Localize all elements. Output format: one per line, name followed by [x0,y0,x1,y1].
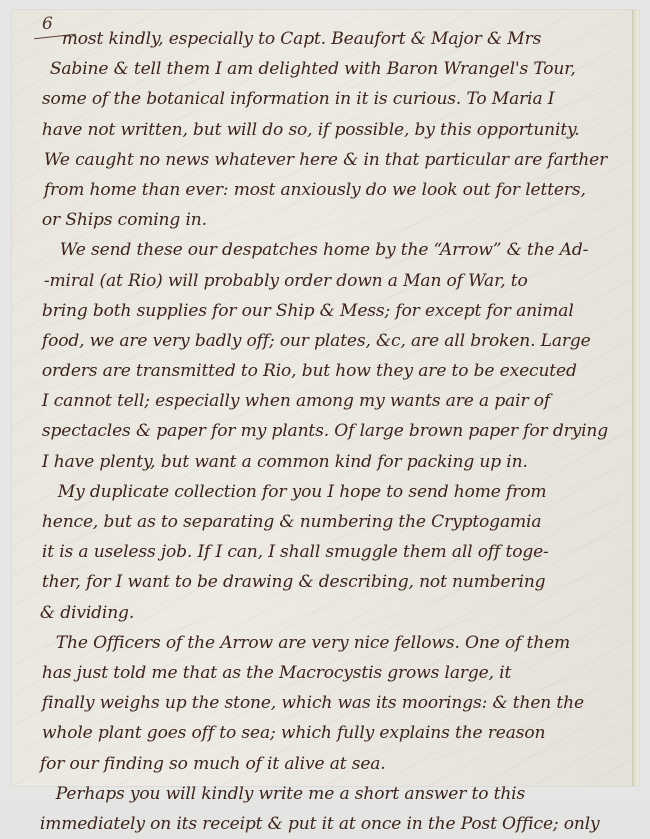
text-line: food, we are very badly off; our plates,… [28,326,628,356]
text-line: The Officers of the Arrow are very nice … [28,628,628,658]
text-line: it is a useless job. If I can, I shall s… [28,537,628,567]
text-line: We caught no news whatever here & in tha… [28,145,628,175]
text-line: for our finding so much of it alive at s… [28,749,628,779]
text-line: finally weighs up the stone, which was i… [28,688,628,718]
text-line: & dividing. [28,598,628,628]
scan-background: 6 most kindly, especially to Capt. Beauf… [0,0,650,800]
text-line: -miral (at Rio) will probably order down… [28,266,628,296]
page-edge [632,10,639,786]
text-line: We send these our despatches home by the… [28,235,628,265]
text-line: orders are transmitted to Rio, but how t… [28,356,628,386]
text-line: I cannot tell; especially when among my … [28,386,628,416]
letter-body: most kindly, especially to Capt. Beaufor… [28,24,632,800]
text-line: whole plant goes off to sea; which fully… [28,718,628,748]
text-line: spectacles & paper for my plants. Of lar… [28,416,628,446]
text-line: ther, for I want to be drawing & describ… [28,567,628,597]
manuscript-page: 6 most kindly, especially to Capt. Beauf… [12,10,639,786]
text-line: has just told me that as the Macrocystis… [28,658,628,688]
text-line: I have plenty, but want a common kind fo… [28,447,628,477]
text-line: most kindly, especially to Capt. Beaufor… [28,24,628,54]
text-line: My duplicate collection for you I hope t… [28,477,628,507]
text-line: or Ships coming in. [28,205,628,235]
text-line: bring both supplies for our Ship & Mess;… [28,296,628,326]
text-line: hence, but as to separating & numbering … [28,507,628,537]
text-line: Sabine & tell them I am delighted with B… [28,54,628,84]
text-line: Perhaps you will kindly write me a short… [28,779,628,800]
text-line: some of the botanical information in it … [28,84,628,114]
text-line: have not written, but will do so, if pos… [28,115,628,145]
text-line: from home than ever: most anxiously do w… [28,175,628,205]
